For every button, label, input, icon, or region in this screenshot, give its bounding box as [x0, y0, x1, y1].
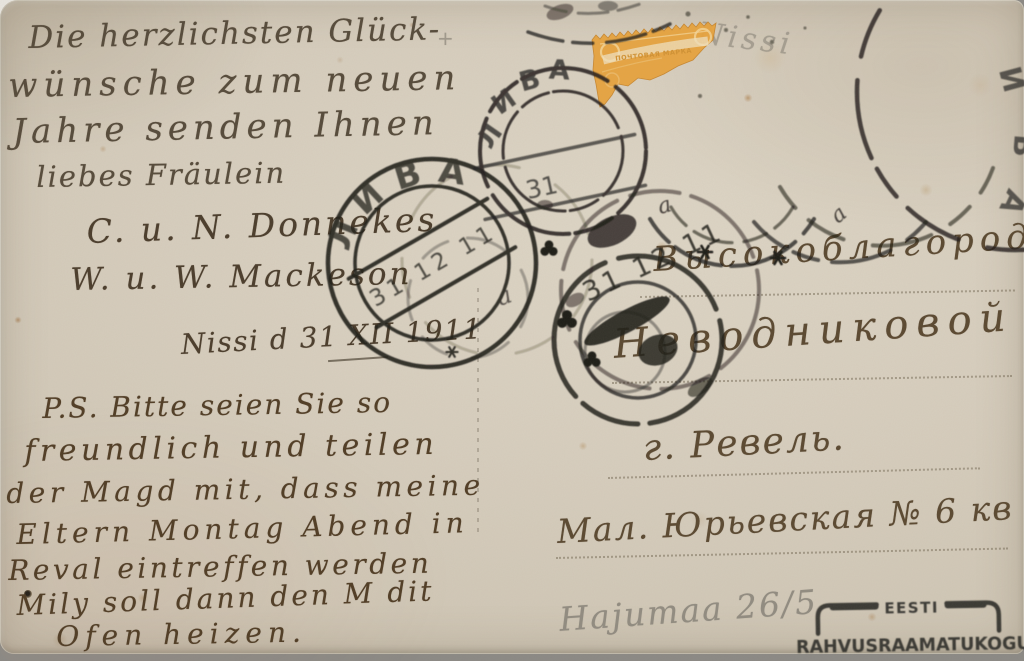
message-line: wünsche zum neuen: [8, 58, 462, 106]
pencil-plus-mark: +: [437, 26, 454, 50]
ps-line: freundlich und teilen: [24, 427, 438, 469]
ps-line: Ofen heizen.: [56, 616, 307, 653]
sender-names: W. u. W. Mackeson: [70, 256, 413, 298]
ps-line: P.S. Bitte seien Sie so: [42, 386, 392, 425]
message-line: liebes Fräulein: [36, 156, 286, 194]
postcard-scan: Die herzlichsten Glück- wünsche zum neue…: [0, 0, 1024, 661]
